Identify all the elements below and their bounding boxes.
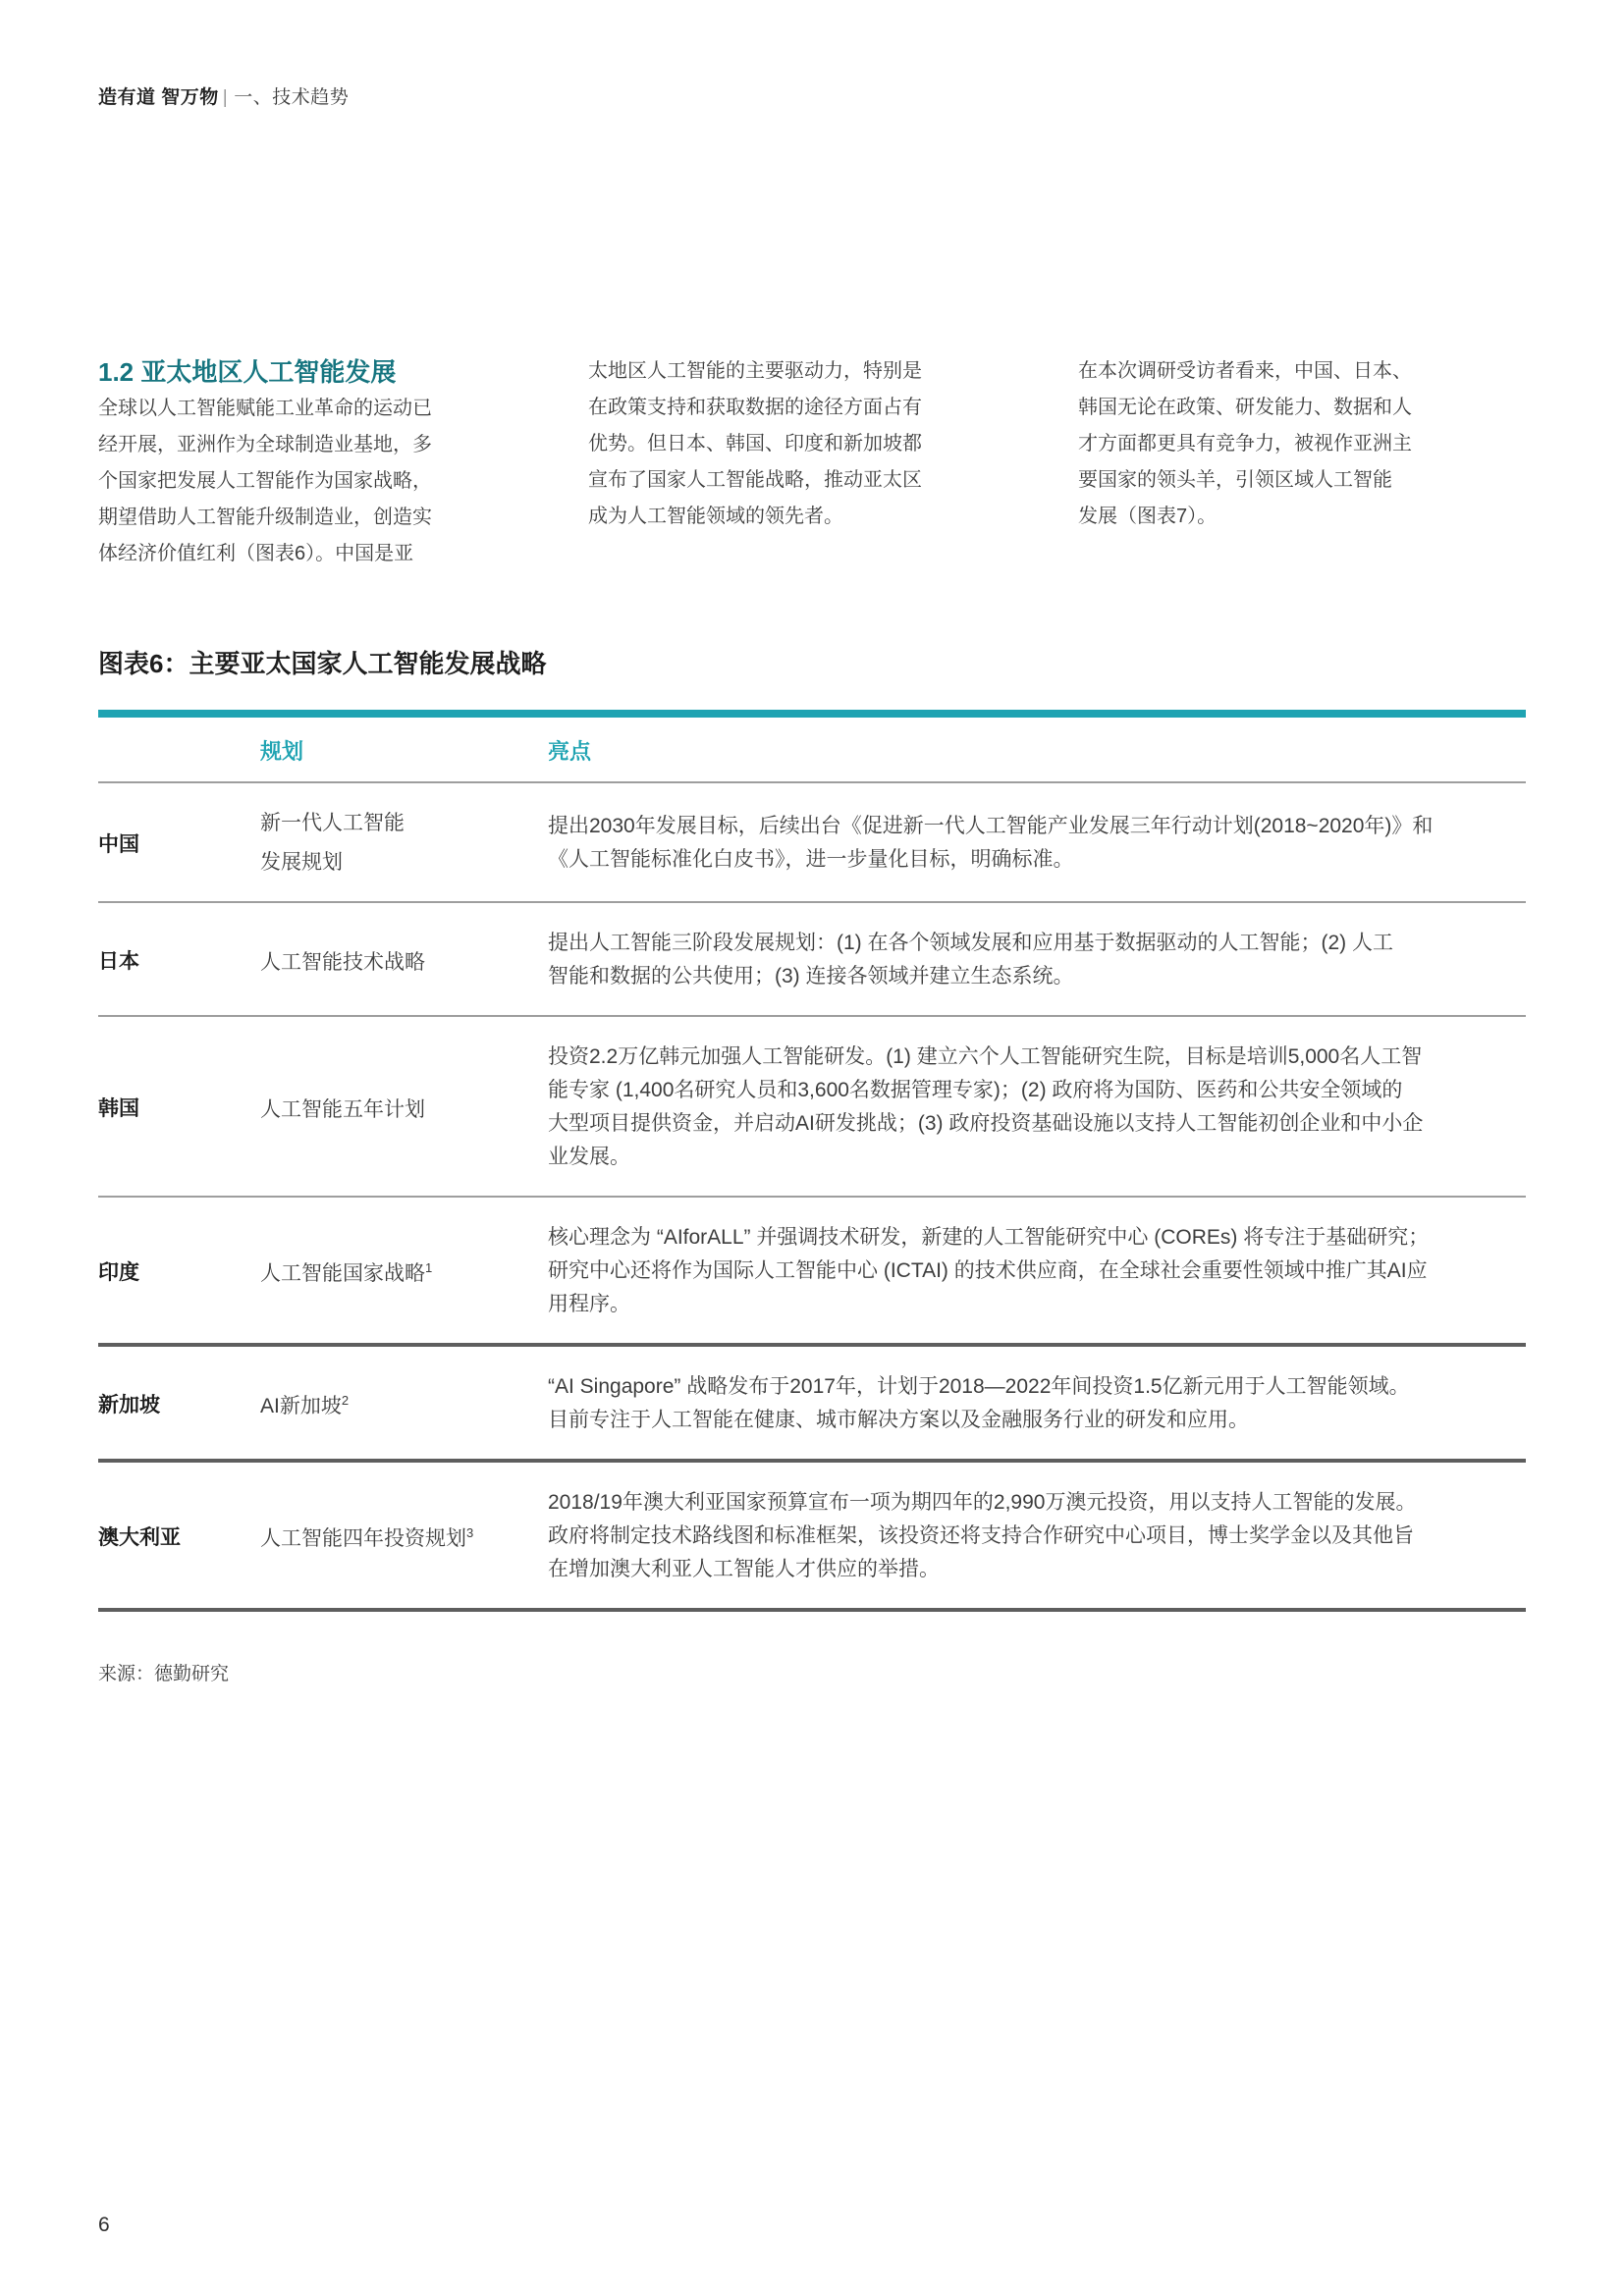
header-divider: | <box>223 87 228 108</box>
row-plan-text: 人工智能技术战略 <box>260 951 425 974</box>
row-plan-footnote: 1 <box>425 1260 432 1275</box>
table-row-korea: 韩国 人工智能五年计划 投资2.2万亿韩元加强人工智能研发。(1) 建立六个人工… <box>98 1017 1526 1198</box>
document-page: 造有道 智万物|一、技术趋势 1.2 亚太地区人工智能发展 全球以人工智能赋能工… <box>0 0 1624 2296</box>
table-header-row: 规划 亮点 <box>98 718 1526 783</box>
brand-text: 造有道 智万物 <box>98 87 219 108</box>
intro-column-1: 1.2 亚太地区人工智能发展 全球以人工智能赋能工业革命的运动已 经开展，亚洲作… <box>98 353 437 572</box>
table-row-australia: 澳大利亚 人工智能四年投资规划3 2018/19年澳大利亚国家预算宣布一项为期四… <box>98 1463 1526 1612</box>
row-highlight: 提出2030年发展目标，后续出台《促进新一代人工智能产业发展三年行动计划(201… <box>548 810 1526 877</box>
row-plan-text: 人工智能五年计划 <box>260 1098 425 1121</box>
table-row-india: 印度 人工智能国家战略1 核心理念为 “AIforALL” 并强调技术研发，新建… <box>98 1198 1526 1347</box>
row-country: 韩国 <box>98 1093 260 1122</box>
row-plan-text: 人工智能国家战略 <box>260 1262 425 1285</box>
header-section-label: 一、技术趋势 <box>234 87 349 108</box>
row-highlight: 提出人工智能三阶段发展规划：(1) 在各个领域发展和应用基于数据驱动的人工智能；… <box>548 927 1526 993</box>
row-country: 澳大利亚 <box>98 1522 260 1551</box>
row-highlight: “AI Singapore” 战略发布于2017年，计划于2018—2022年间… <box>548 1370 1526 1437</box>
intro-paragraph-3: 在本次调研受访者看来，中国、日本、 韩国无论在政策、研发能力、数据和人 才方面都… <box>1078 353 1417 535</box>
row-plan-text: AI新加坡 <box>260 1395 342 1417</box>
row-plan: 人工智能国家战略1 <box>260 1252 548 1291</box>
table-row-china: 中国 新一代人工智能 发展规划 提出2030年发展目标，后续出台《促进新一代人工… <box>98 783 1526 903</box>
row-plan: AI新加坡2 <box>260 1384 548 1423</box>
row-highlight: 投资2.2万亿韩元加强人工智能研发。(1) 建立六个人工智能研究生院，目标是培训… <box>548 1041 1526 1174</box>
row-country: 印度 <box>98 1256 260 1286</box>
row-plan: 人工智能五年计划 <box>260 1088 548 1127</box>
row-country: 中国 <box>98 828 260 858</box>
row-country: 新加坡 <box>98 1389 260 1418</box>
row-highlight: 2018/19年澳大利亚国家预算宣布一项为期四年的2,990万澳元投资，用以支持… <box>548 1486 1526 1586</box>
intro-section: 1.2 亚太地区人工智能发展 全球以人工智能赋能工业革命的运动已 经开展，亚洲作… <box>98 353 1526 572</box>
figure-table: 规划 亮点 中国 新一代人工智能 发展规划 提出2030年发展目标，后续出台《促… <box>98 710 1526 1612</box>
table-row-singapore: 新加坡 AI新加坡2 “AI Singapore” 战略发布于2017年，计划于… <box>98 1347 1526 1463</box>
table-row-japan: 日本 人工智能技术战略 提出人工智能三阶段发展规划：(1) 在各个领域发展和应用… <box>98 903 1526 1017</box>
table-accent-bar <box>98 710 1526 718</box>
page-number: 6 <box>98 2214 110 2237</box>
row-plan: 新一代人工智能 发展规划 <box>260 807 548 880</box>
row-country: 日本 <box>98 945 260 975</box>
section-heading: 1.2 亚太地区人工智能发展 <box>98 353 437 391</box>
intro-column-3: 在本次调研受访者看来，中国、日本、 韩国无论在政策、研发能力、数据和人 才方面都… <box>1078 353 1417 572</box>
intro-paragraph-1: 全球以人工智能赋能工业革命的运动已 经开展，亚洲作为全球制造业基地，多 个国家把… <box>98 391 437 572</box>
row-plan-text: 人工智能四年投资规划 <box>260 1527 466 1550</box>
row-highlight: 核心理念为 “AIforALL” 并强调技术研发，新建的人工智能研究中心 (CO… <box>548 1221 1526 1321</box>
intro-column-2: 太地区人工智能的主要驱动力，特别是 在政策支持和获取数据的途径方面占有 优势。但… <box>588 353 927 572</box>
row-plan: 人工智能技术战略 <box>260 940 548 980</box>
page-header: 造有道 智万物|一、技术趋势 <box>98 86 1526 110</box>
row-plan-text: 新一代人工智能 发展规划 <box>260 812 405 874</box>
row-plan-footnote: 3 <box>466 1525 473 1540</box>
source-note: 来源：德勤研究 <box>98 1659 1526 1685</box>
column-header-plan: 规划 <box>260 735 548 766</box>
column-header-country <box>98 735 260 766</box>
column-header-highlights: 亮点 <box>548 735 1526 766</box>
row-plan-footnote: 2 <box>342 1393 349 1408</box>
intro-paragraph-2: 太地区人工智能的主要驱动力，特别是 在政策支持和获取数据的途径方面占有 优势。但… <box>588 353 927 535</box>
row-plan: 人工智能四年投资规划3 <box>260 1517 548 1556</box>
figure-title: 图表6：主要亚太国家人工智能发展战略 <box>98 648 1526 679</box>
